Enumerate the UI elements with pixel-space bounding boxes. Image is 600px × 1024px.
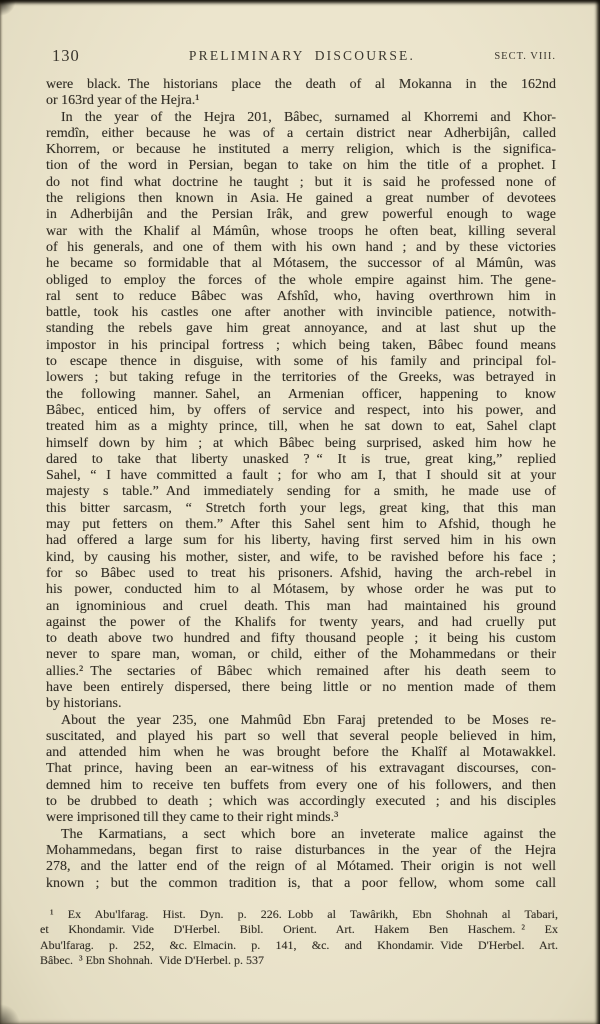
text-line: of his generals, and one of them with hi…: [46, 240, 556, 256]
text-line: tion of the word in Persian, began to ta…: [46, 158, 556, 174]
text-line: to death above two hundred and fifty tho…: [46, 631, 556, 647]
text-line: his power, conducted him to al Mótasem, …: [46, 582, 556, 598]
book-page-scan: 130 PRELIMINARY DISCOURSE. SECT. VIII. w…: [0, 0, 600, 1024]
text-line: or 163rd year of the Hejra.¹: [46, 93, 556, 109]
text-line: had offered a large sum for his liberty,…: [46, 533, 556, 549]
text-line: the following manner. Sahel, an Armenian…: [46, 387, 556, 403]
text-line: Abu'lfarag. p. 252, &c. Elmacin. p. 141,…: [40, 938, 558, 953]
paragraph-4: The Karmatians, a sect which bore an inv…: [46, 827, 556, 892]
text-line: this bitter sarcasm, “ Stretch forth you…: [46, 501, 556, 517]
text-line: kind, by causing his mother, sister, and…: [46, 550, 556, 566]
text-line: were imprisoned till they came to their …: [46, 810, 556, 826]
text-line: ¹ Ex Abu'lfarag. Hist. Dyn. p. 226. Lobb…: [40, 907, 558, 922]
text-line: majesty s table.” And immediately sendin…: [46, 484, 556, 500]
paragraph-3: About the year 235, one Mahmûd Ebn Faraj…: [46, 713, 556, 827]
text-line: lowers ; but taking refuge in the territ…: [46, 370, 556, 386]
section-label: SECT. VIII.: [494, 51, 556, 62]
text-line: never to spare man, woman, or child, eit…: [46, 647, 556, 663]
text-line: battle, took his castles one after anoth…: [46, 305, 556, 321]
text-line: were black. The historians place the dea…: [46, 77, 556, 93]
text-line: obliged to employ the forces of the whol…: [46, 273, 556, 289]
text-line: The Karmatians, a sect which bore an inv…: [46, 827, 556, 843]
text-line: impostor in his principal fortress ; whi…: [46, 338, 556, 354]
text-line: Khorrem, or because he instituted a merr…: [46, 142, 556, 158]
text-line: he became so formidable that al Mótasem,…: [46, 256, 556, 272]
text-line: 278, and the latter end of the reign of …: [46, 859, 556, 875]
text-line: the religions then known in Asia. He gai…: [46, 191, 556, 207]
text-line: Bâbec, enticed him, by offers of service…: [46, 403, 556, 419]
text-line: suscitated, and played his part so well …: [46, 729, 556, 745]
text-line: standing the rebels gave him great annoy…: [46, 321, 556, 337]
text-line: to be drubbed to death ; which was accor…: [46, 794, 556, 810]
text-line: remdîn, either because he was of a certa…: [46, 126, 556, 142]
text-line: About the year 235, one Mahmûd Ebn Faraj…: [46, 713, 556, 729]
text-line: known ; but the common tradition is, tha…: [46, 876, 556, 892]
text-line: have been entirely dispersed, there bein…: [46, 680, 556, 696]
text-line: to escape thence in disguise, with some …: [46, 354, 556, 370]
text-line: et Khondamir. Vide D'Herbel. Bibl. Orien…: [40, 922, 558, 937]
text-line: an ignominious and cruel death. This man…: [46, 599, 556, 615]
text-line: for so Bâbec used to treat his prisoners…: [46, 566, 556, 582]
text-line: treated him as a mighty prince, till, wh…: [46, 419, 556, 435]
text-line: do not find what doctrine he taught ; bu…: [46, 175, 556, 191]
paragraph-1: were black. The historians place the dea…: [46, 77, 556, 110]
text-line: Mohammedans, began first to raise distur…: [46, 843, 556, 859]
footnotes: ¹ Ex Abu'lfarag. Hist. Dyn. p. 226. Lobb…: [40, 907, 558, 968]
running-title: PRELIMINARY DISCOURSE.: [46, 48, 558, 64]
text-line: Sahel, “ I have committed a fault ; for …: [46, 468, 556, 484]
text-line: allies.² The sectaries of Bâbec which re…: [46, 664, 556, 680]
page-header: 130 PRELIMINARY DISCOURSE. SECT. VIII.: [46, 46, 558, 68]
text-line: may put fetters on them.” After this Sah…: [46, 517, 556, 533]
text-line: against the power of the Khalifs for twe…: [46, 615, 556, 631]
text-line: war with the Khalif al Mámûn, whose troo…: [46, 224, 556, 240]
text-line: Bâbec. ³ Ebn Shohnah. Vide D'Herbel. p. …: [40, 953, 558, 968]
text-line: in Adherbijân and the Persian Irâk, and …: [46, 207, 556, 223]
text-line: ral sent to reduce Bâbec was Afshîd, who…: [46, 289, 556, 305]
text-line: That prince, having been an ear-witness …: [46, 761, 556, 777]
text-line: by historians.: [46, 696, 556, 712]
text-line: himself down by him ; at which Bâbec bei…: [46, 436, 556, 452]
text-line: dared to take that liberty unasked ? “ I…: [46, 452, 556, 468]
body-text: were black. The historians place the dea…: [46, 77, 556, 892]
text-line: In the year of the Hejra 201, Bâbec, sur…: [46, 110, 556, 126]
text-line: and attended him when he was brought bef…: [46, 745, 556, 761]
paragraph-2: In the year of the Hejra 201, Bâbec, sur…: [46, 110, 556, 713]
text-line: demned him to receive ten buffets from e…: [46, 778, 556, 794]
